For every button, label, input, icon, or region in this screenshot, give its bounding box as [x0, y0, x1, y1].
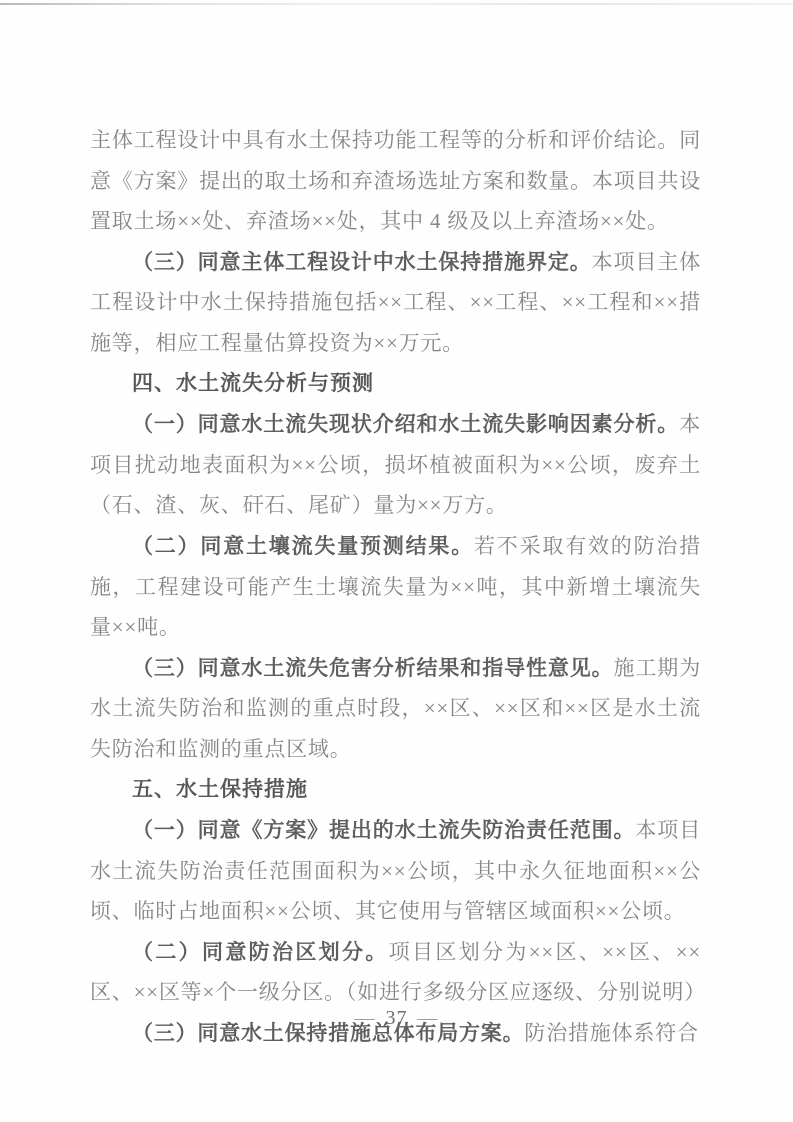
clause-lead: （二）同意防治区划分。 [132, 940, 389, 964]
paragraph-continuation: 主体工程设计中具有水土保持功能工程等的分析和评价结论。同意《方案》提出的取土场和… [90, 120, 701, 242]
clause-lead: （三）同意主体工程设计中水土保持措施界定。 [132, 250, 592, 274]
scan-artifact-top-edge [0, 3, 793, 5]
paragraph-clause-2-section4: （二）同意土壤流失量预测结果。若不采取有效的防治措施，工程建设可能产生土壤流失量… [90, 526, 701, 648]
document-body: 主体工程设计中具有水土保持功能工程等的分析和评价结论。同意《方案》提出的取土场和… [90, 120, 701, 1054]
paragraph-clause-1-section5: （一）同意《方案》提出的水土流失防治责任范围。本项目水土流失防治责任范围面积为×… [90, 810, 701, 932]
footer-dash-left: — [355, 1007, 376, 1029]
clause-lead: （一）同意《方案》提出的水土流失防治责任范围。 [132, 818, 635, 842]
paragraph-clause-3-section3: （三）同意主体工程设计中水土保持措施界定。本项目主体工程设计中水土保持措施包括×… [90, 242, 701, 364]
section-heading-4: 四、水土流失分析与预测 [90, 364, 701, 405]
paragraph-text: 主体工程设计中具有水土保持功能工程等的分析和评价结论。同意《方案》提出的取土场和… [90, 128, 701, 233]
paragraph-clause-3-section4: （三）同意水土流失危害分析结果和指导性意见。施工期为水土流失防治和监测的重点时段… [90, 648, 701, 770]
clause-lead: （一）同意水土流失现状介绍和水土流失影响因素分析。 [132, 412, 679, 436]
page-footer: —37— [0, 1004, 793, 1032]
document-page: 主体工程设计中具有水土保持功能工程等的分析和评价结论。同意《方案》提出的取土场和… [0, 0, 793, 1122]
footer-dash-right: — [418, 1007, 439, 1029]
page-number: 37 [376, 1007, 418, 1029]
paragraph-clause-2-section5: （二）同意防治区划分。项目区划分为××区、××区、××区、××区等×个一级分区。… [90, 932, 701, 1013]
paragraph-clause-1-section4: （一）同意水土流失现状介绍和水土流失影响因素分析。本项目扰动地表面积为××公顷，… [90, 404, 701, 526]
section-heading-5: 五、水土保持措施 [90, 770, 701, 811]
clause-lead: （二）同意土壤流失量预测结果。 [132, 534, 474, 558]
clause-lead: （三）同意水土流失危害分析结果和指导性意见。 [132, 656, 614, 680]
